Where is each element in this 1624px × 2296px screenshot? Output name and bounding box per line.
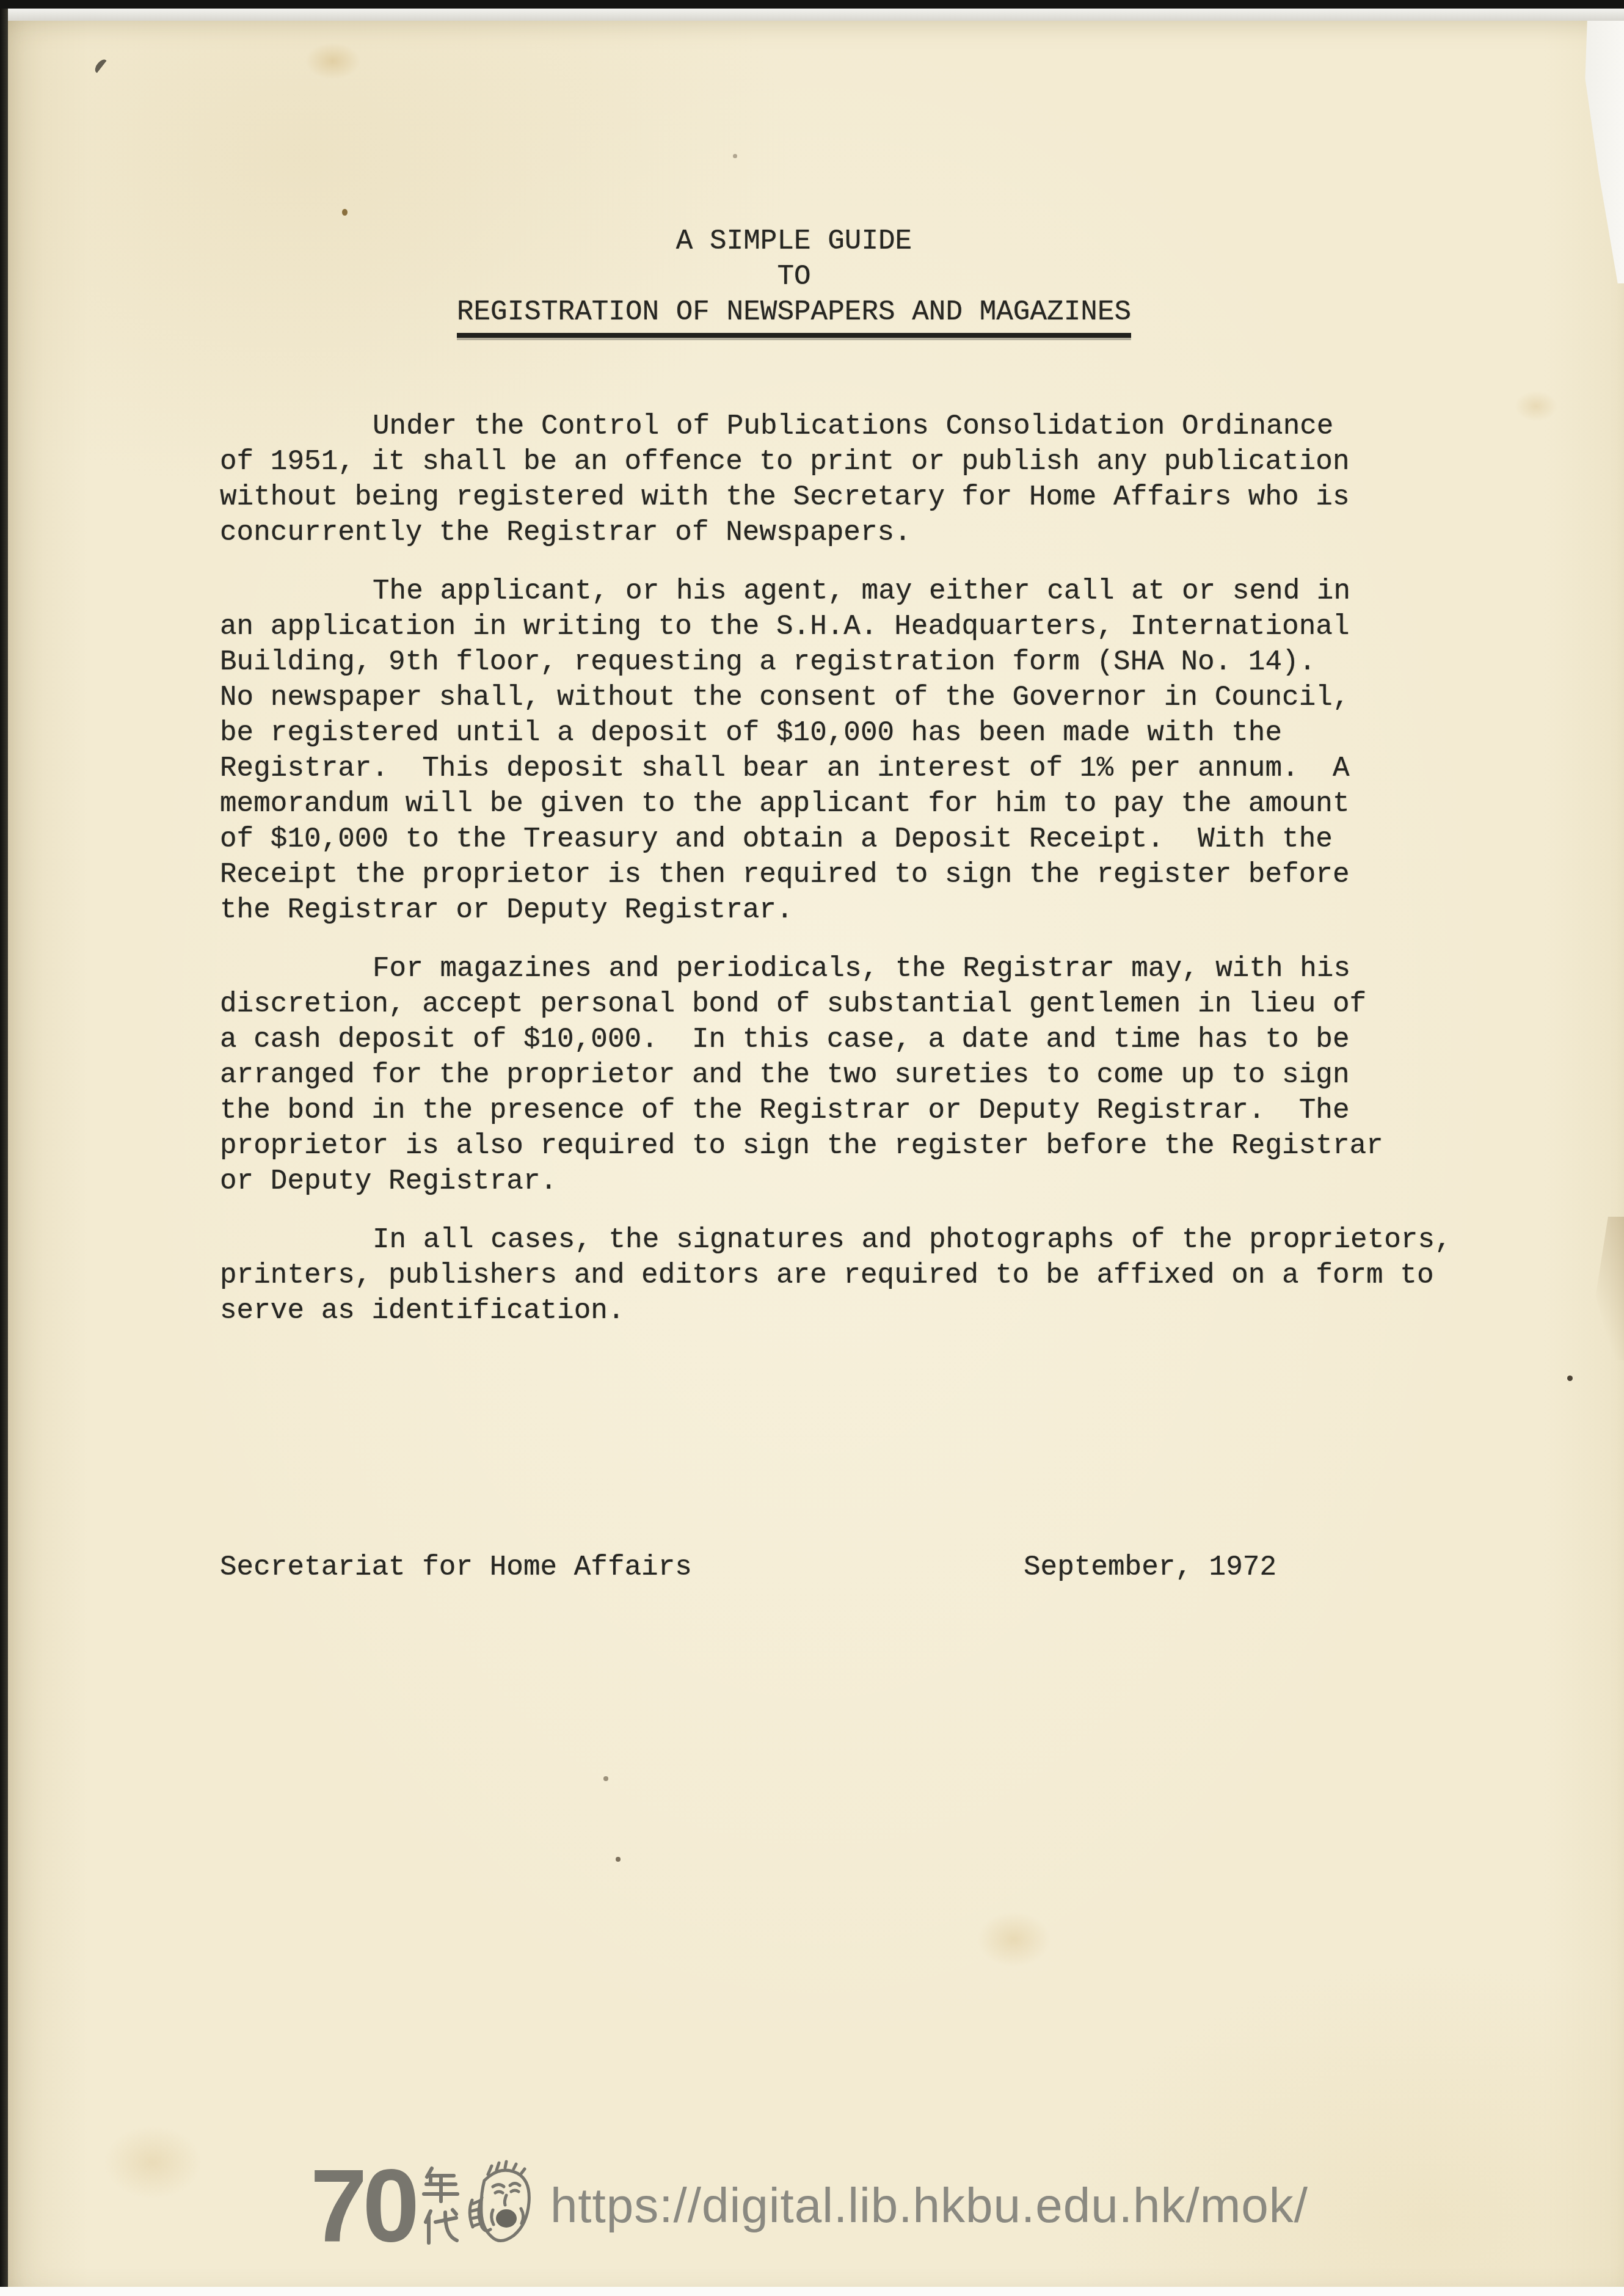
paragraph-3: For magazines and periodicals, the Regis… bbox=[220, 951, 1515, 1199]
title-line-2: TO bbox=[220, 259, 1368, 294]
typed-text-block: A SIMPLE GUIDE TO REGISTRATION OF NEWSPA… bbox=[220, 0, 1380, 1585]
scanner-edge-top bbox=[0, 0, 1624, 9]
library-watermark: 70 bbox=[310, 2160, 1308, 2251]
title-line-3: REGISTRATION OF NEWSPAPERS AND MAGAZINES bbox=[220, 294, 1368, 338]
scanned-document: A SIMPLE GUIDE TO REGISTRATION OF NEWSPA… bbox=[0, 0, 1624, 2296]
paper-speck bbox=[1567, 1376, 1573, 1381]
paragraph-4: In all cases, the signatures and photogr… bbox=[220, 1222, 1515, 1328]
paragraph-1: Under the Control of Publications Consol… bbox=[220, 409, 1515, 550]
paper-speck bbox=[603, 1776, 608, 1781]
scanner-gap-bottom bbox=[0, 2287, 1624, 2296]
issue-date: September, 1972 bbox=[1024, 1550, 1276, 1585]
scanner-edge-left bbox=[0, 9, 8, 2296]
watermark-70-logo: 70 bbox=[310, 2160, 415, 2251]
paper-speck bbox=[616, 1857, 621, 1862]
title-line-1: A SIMPLE GUIDE bbox=[220, 224, 1368, 259]
signature-line: Secretariat for Home Affairs September, … bbox=[220, 1550, 1276, 1585]
cjk-dai-icon bbox=[421, 2207, 460, 2247]
watermark-url: https://digital.lib.hkbu.edu.hk/mok/ bbox=[550, 2178, 1308, 2234]
shouting-face-icon bbox=[465, 2160, 539, 2251]
cjk-nian-icon bbox=[421, 2165, 460, 2204]
issuing-office: Secretariat for Home Affairs bbox=[220, 1550, 692, 1585]
document-title: A SIMPLE GUIDE TO REGISTRATION OF NEWSPA… bbox=[220, 224, 1368, 338]
title-underlined-text: REGISTRATION OF NEWSPAPERS AND MAGAZINES bbox=[457, 294, 1131, 338]
scanner-gap-top bbox=[0, 9, 1624, 21]
watermark-nendai-glyphs bbox=[421, 2165, 460, 2247]
paragraph-2: The applicant, or his agent, may either … bbox=[220, 574, 1515, 928]
